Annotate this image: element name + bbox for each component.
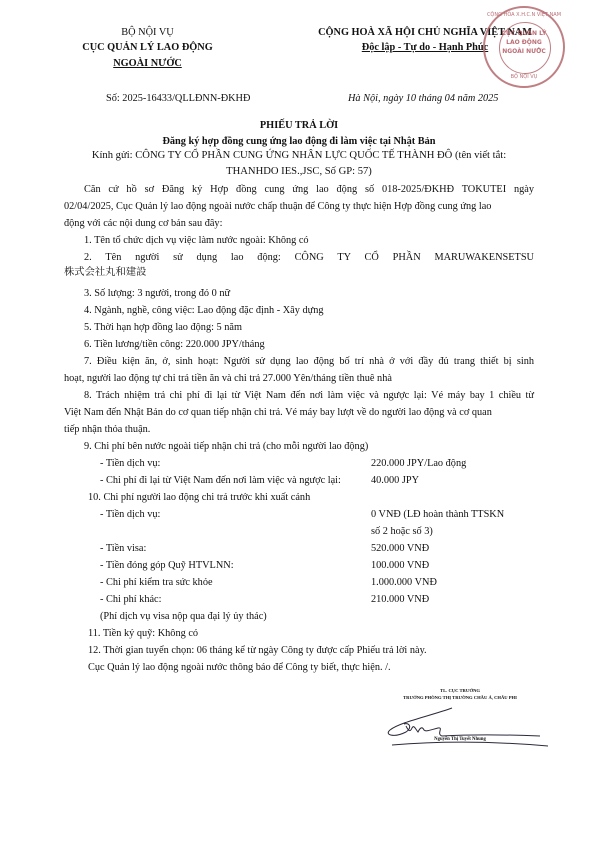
document-title: PHIẾU TRẢ LỜI	[64, 120, 534, 131]
document-number: Số: 2025-16433/QLLĐNN-ĐKHĐ	[106, 93, 250, 104]
item-11: 11. Tiền ký quỹ: Không có	[88, 627, 558, 641]
item-9-row-label: - Tiền dịch vụ:	[100, 457, 160, 471]
ministry-name: BỘ NỘI VỤ	[80, 27, 215, 38]
item-3: 3. Số lượng: 3 người, trong đó 0 nữ	[84, 287, 554, 301]
place-date: Hà Nội, ngày 10 tháng 04 năm 2025	[348, 93, 498, 104]
handwritten-signature	[380, 700, 550, 750]
item-10: 10. Chi phí người lao động chi trả trước…	[88, 491, 558, 505]
item-5: 5. Thời hạn hợp đồng lao động: 5 năm	[84, 321, 554, 335]
item-10-row-label: - Tiền đóng góp Quỹ HTVLNN:	[100, 559, 234, 573]
stamp-ring-bottom: BỘ NỘI VỤ	[485, 74, 563, 80]
item-8-line-2: Việt Nam đến Nhật Bản do cơ quan tiếp nh…	[64, 406, 534, 420]
item-7: 7. Điều kiện ăn, ở, sinh hoạt: Người sử …	[84, 355, 534, 369]
intro-line: Căn cứ hồ sơ Đăng ký Hợp đồng cung ứng l…	[64, 183, 534, 197]
stamp-line1: CỤC QUẢN LÝ	[485, 30, 563, 38]
signer-name: Nguyễn Thị Tuyết Nhung	[380, 737, 540, 742]
item-9-row-label: - Chi phí đi lại từ Việt Nam đến nơi làm…	[100, 474, 341, 488]
item-10-row-value: 520.000 VNĐ	[371, 542, 429, 556]
department-name-line2: NGOÀI NƯỚC	[80, 58, 215, 69]
item-10-row-value: 210.000 VNĐ	[371, 593, 429, 607]
item-9-row-value: 40.000 JPY	[371, 474, 419, 488]
signature-title: TL. CỤC TRƯỞNG	[380, 688, 540, 693]
item-10-row-label: - Chi phí kiểm tra sức khỏe	[100, 576, 213, 590]
item-10-row-label: - Tiền dịch vụ:	[100, 508, 160, 522]
item-2-japanese-name: 株式会社丸和建設	[64, 266, 534, 280]
item-10-row-value: 100.000 VNĐ	[371, 559, 429, 573]
department-name: CỤC QUẢN LÝ LAO ĐỘNG	[60, 42, 235, 53]
stamp-line2: LAO ĐỘNG	[485, 39, 563, 47]
item-10-row-label: - Tiền visa:	[100, 542, 146, 556]
document-subtitle: Đăng ký hợp đồng cung ứng lao động đi là…	[64, 136, 534, 147]
item-9-row-value: 220.000 JPY/Lao động	[371, 457, 466, 471]
item-1: 1. Tên tổ chức dịch vụ việc làm nước ngo…	[84, 234, 554, 248]
item-12: 12. Thời gian tuyển chọn: 06 tháng kể từ…	[88, 644, 558, 658]
official-stamp: CỘNG HÒA X.H.C.N VIỆT NAM CỤC QUẢN LÝ LA…	[483, 6, 565, 88]
closing-line: Cục Quản lý lao động ngoài nước thông bá…	[88, 661, 558, 675]
item-10-row-value: 1.000.000 VNĐ	[371, 576, 437, 590]
item-10-row-label: - Chi phí khác:	[100, 593, 162, 607]
item-9: 9. Chi phí bên nước ngoài tiếp nhận chi …	[84, 440, 554, 454]
item-10-row-value: 0 VNĐ (LĐ hoàn thành TTSKN	[371, 508, 504, 522]
intro-line-2: 02/04/2025, Cục Quản lý lao động ngoài n…	[64, 200, 534, 214]
recipient-line-2: THANHDO IES.,JSC, Số GP: 57)	[64, 166, 534, 177]
item-7-line-2: hoạt, người lao động tự chi trả tiền ăn …	[64, 372, 534, 386]
item-8: 8. Trách nhiệm trả chi phí đi lại từ Việ…	[84, 389, 534, 403]
item-4: 4. Ngành, nghề, công việc: Lao động đặc …	[84, 304, 554, 318]
recipient-line: Kính gửi: CÔNG TY CỔ PHẦN CUNG ỨNG NHÂN …	[40, 150, 558, 161]
item-2: 2. Tên người sử dụng lao động: CÔNG TY C…	[84, 251, 534, 265]
item-10-row-value-cont: số 2 hoặc số 3)	[371, 525, 433, 539]
intro-line-3: động với các nội dung cơ bản sau đây:	[64, 217, 534, 231]
item-8-line-3: tiếp nhận thỏa thuận.	[64, 423, 534, 437]
item-6: 6. Tiền lương/tiền công: 220.000 JPY/thá…	[84, 338, 554, 352]
stamp-line3: NGOÀI NƯỚC	[485, 48, 563, 56]
item-10-note: (Phí dịch vụ visa nộp qua đại lý ủy thác…	[100, 610, 267, 624]
stamp-ring-top: CỘNG HÒA X.H.C.N VIỆT NAM	[485, 12, 563, 18]
